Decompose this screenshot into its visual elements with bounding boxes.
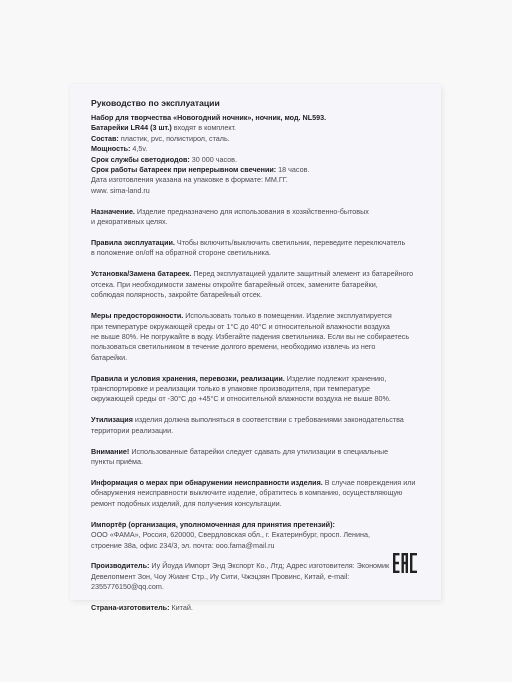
section-text: и декоративных целях. [91,217,168,226]
product-info-line: Срок службы светодиодов: 30 000 часов. [91,155,431,165]
section-text: Использовать только в помещении. Изделие… [183,311,392,320]
section-line: Назначение. Изделие предназначено для ис… [91,207,431,217]
section-text: Использованные батарейки следует сдавать… [129,447,388,456]
section-line: строение 38а, офис 234/3, эл. почта: ooo… [91,541,431,551]
section-text: Перед эксплуатацией удалите защитный эле… [191,269,413,278]
section-heading: Назначение. [91,207,135,216]
section-line: пункты приёма. [91,457,431,467]
section-line: Меры предосторожности. Использовать толь… [91,311,431,321]
section-text: при температуре окружающей среды от 1°С … [91,322,390,331]
product-info: Набор для творчества «Новогодний ночник»… [91,113,431,196]
section-text: обнаружения неисправности выключите изде… [91,488,402,497]
instruction-section: Информация о мерах при обнаружении неисп… [91,478,431,509]
section-heading: Утилизация [91,415,133,424]
info-label: Мощность: [91,144,130,153]
section-text: Девелопмент Зон, Чоу Жианг Стр., Иу Сити… [91,572,349,581]
section-line: Установка/Замена батареек. Перед эксплуа… [91,269,431,279]
instruction-section: Импортёр (организация, уполномоченная дл… [91,520,431,551]
section-line: батарейки. [91,353,431,363]
section-text: соблюдая полярность, закройте батарейный… [91,290,262,299]
section-line: территории реализации. [91,426,431,436]
section-line: Правила эксплуатации. Чтобы включить/вык… [91,238,431,248]
section-line: транспортировке и реализации только в уп… [91,384,431,394]
instruction-section: Назначение. Изделие предназначено для ис… [91,207,431,228]
section-line: отсека. При необходимости замены откройт… [91,280,431,290]
section-text: 2355776150@qq.com. [91,582,164,591]
instruction-section: Правила и условия хранения, перевозки, р… [91,374,431,405]
section-heading: Страна-изготовитель: [91,603,169,612]
info-label: Срок работы батареек при непрерывном све… [91,165,276,174]
section-line: ООО «ФАМА», Россия, 620000, Свердловская… [91,530,431,540]
section-text: окружающей среды от -30°С до +45°С и отн… [91,394,391,403]
section-line: Производитель: Иу Йоуда Импорт Энд Экспо… [91,561,431,571]
instruction-sheet: Руководство по эксплуатации Набор для тв… [70,84,441,600]
section-heading: Информация о мерах при обнаружении неисп… [91,478,323,487]
section-line: пользоваться светильником в течение долг… [91,342,431,352]
eac-certification-mark-icon [392,552,418,574]
instruction-content: Руководство по эксплуатации Набор для тв… [91,97,431,614]
section-line: Страна-изготовитель: Китай. [91,603,431,613]
product-info-line: Состав: пластик, pvc, полистирол, сталь. [91,134,431,144]
section-text: В случае повреждения или [323,478,416,487]
product-info-line: Дата изготовления указана на упаковке в … [91,175,431,185]
section-text: ООО «ФАМА», Россия, 620000, Свердловская… [91,530,370,539]
product-info-line: Мощность: 4,5v. [91,144,431,154]
product-info-line: www. sima-land.ru [91,186,431,196]
section-line: в положение on/off на обратной стороне с… [91,248,431,258]
info-value: 18 часов. [276,165,309,174]
section-heading: Меры предосторожности. [91,311,183,320]
section-line: при температуре окружающей среды от 1°С … [91,322,431,332]
section-line: не выше 80%. Не погружайте в воду. Избег… [91,332,431,342]
section-line: Правила и условия хранения, перевозки, р… [91,374,431,384]
section-line: Импортёр (организация, уполномоченная дл… [91,520,431,530]
info-value: www. sima-land.ru [91,186,150,195]
section-text: отсека. При необходимости замены откройт… [91,280,378,289]
section-text: пункты приёма. [91,457,143,466]
section-text: территории реализации. [91,426,173,435]
section-text: пользоваться светильником в течение долг… [91,342,375,351]
info-value: входят в комплект. [172,123,236,132]
section-line: ремонт подобных изделий, для получения к… [91,499,431,509]
section-text: ремонт подобных изделий, для получения к… [91,499,282,508]
section-line: 2355776150@qq.com. [91,582,431,592]
section-line: Утилизация изделия должна выполняться в … [91,415,431,425]
section-heading: Производитель: [91,561,149,570]
section-heading: Импортёр (организация, уполномоченная дл… [91,520,335,529]
info-value: 4,5v. [130,144,147,153]
section-text: не выше 80%. Не погружайте в воду. Избег… [91,332,409,341]
info-label: Набор для творчества «Новогодний ночник»… [91,113,326,122]
info-value: Дата изготовления указана на упаковке в … [91,175,288,184]
section-line: обнаружения неисправности выключите изде… [91,488,431,498]
section-text: Китай. [169,603,192,612]
section-line: и декоративных целях. [91,217,431,227]
section-line: соблюдая полярность, закройте батарейный… [91,290,431,300]
instruction-section: Меры предосторожности. Использовать толь… [91,311,431,363]
document-title: Руководство по эксплуатации [91,97,431,109]
section-text: Изделие подлежит хранению, [285,374,387,383]
section-line: Информация о мерах при обнаружении неисп… [91,478,431,488]
section-text: изделия должна выполняться в соответстви… [133,415,404,424]
section-text: Чтобы включить/выключить светильник, пер… [175,238,405,247]
section-heading: Установка/Замена батареек. [91,269,191,278]
instruction-section: Установка/Замена батареек. Перед эксплуа… [91,269,431,300]
instruction-section: Правила эксплуатации. Чтобы включить/вык… [91,238,431,259]
instruction-section: Внимание! Использованные батарейки следу… [91,447,431,468]
info-label: Батарейки LR44 (3 шт.) [91,123,172,132]
instruction-section: Производитель: Иу Йоуда Импорт Энд Экспо… [91,561,431,592]
product-info-line: Набор для творчества «Новогодний ночник»… [91,113,431,123]
section-line: Внимание! Использованные батарейки следу… [91,447,431,457]
section-text: в положение on/off на обратной стороне с… [91,248,271,257]
product-info-line: Батарейки LR44 (3 шт.) входят в комплект… [91,123,431,133]
section-heading: Правила эксплуатации. [91,238,175,247]
section-line: окружающей среды от -30°С до +45°С и отн… [91,394,431,404]
section-heading: Правила и условия хранения, перевозки, р… [91,374,285,383]
instruction-sections: Назначение. Изделие предназначено для ис… [91,207,431,614]
section-text: транспортировке и реализации только в уп… [91,384,370,393]
info-value: 30 000 часов. [190,155,237,164]
section-line: Девелопмент Зон, Чоу Жианг Стр., Иу Сити… [91,572,431,582]
section-text: батарейки. [91,353,127,362]
instruction-section: Утилизация изделия должна выполняться в … [91,415,431,436]
info-label: Состав: [91,134,119,143]
section-text: строение 38а, офис 234/3, эл. почта: ooo… [91,541,275,550]
info-value: пластик, pvc, полистирол, сталь. [119,134,230,143]
info-label: Срок службы светодиодов: [91,155,190,164]
section-text: Изделие предназначено для использования … [135,207,369,216]
instruction-section: Страна-изготовитель: Китай. [91,603,431,613]
product-info-line: Срок работы батареек при непрерывном све… [91,165,431,175]
section-text: Иу Йоуда Импорт Энд Экспорт Ко., Лтд; Ад… [149,561,389,570]
section-heading: Внимание! [91,447,129,456]
